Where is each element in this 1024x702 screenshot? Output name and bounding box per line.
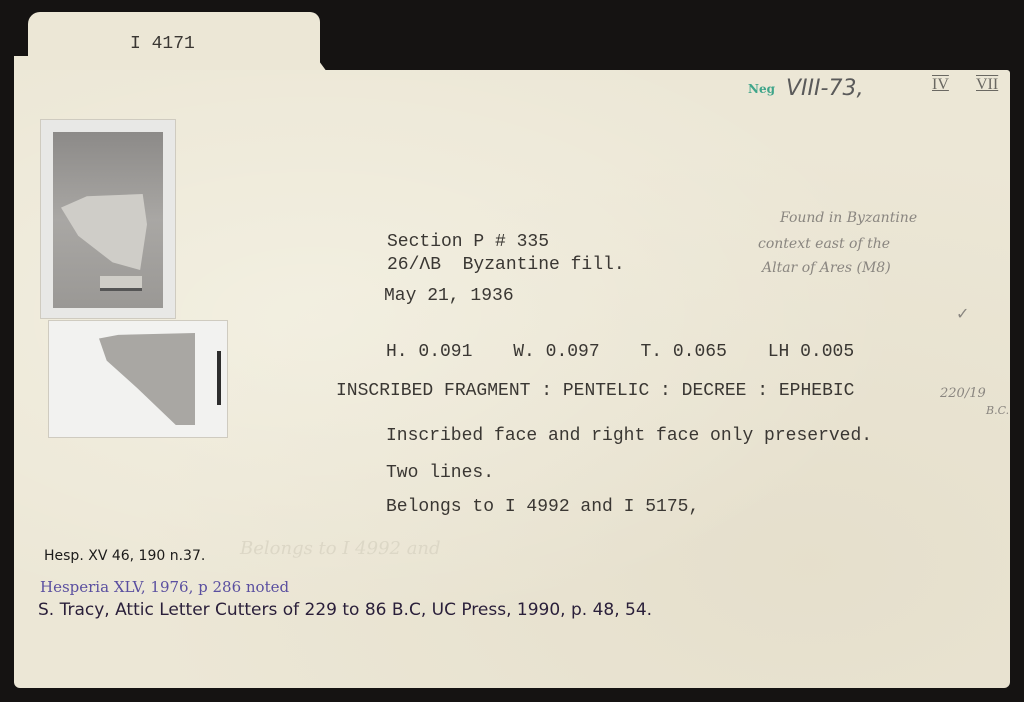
location-field: 26/ΛB Byzantine fill.	[387, 255, 625, 275]
scale-bar	[217, 351, 221, 405]
height-value: H. 0.091	[386, 342, 472, 362]
fragment-image	[61, 194, 147, 270]
scale-block	[100, 276, 142, 291]
roman-numeral: VII	[976, 76, 998, 94]
inventory-number: I 4171	[130, 34, 195, 54]
roman-numeral: IV	[932, 76, 949, 94]
fragment-photo-front	[40, 119, 176, 319]
reference-line: S. Tracy, Attic Letter Cutters of 229 to…	[38, 600, 652, 620]
preservation-note: Inscribed face and right face only prese…	[386, 426, 872, 446]
letter-height-value: LH 0.005	[768, 342, 854, 362]
pencil-note-line: Found in Byzantine	[780, 210, 917, 226]
lines-note: Two lines.	[386, 463, 494, 483]
photo-background	[53, 132, 163, 308]
width-value: W. 0.097	[513, 342, 599, 362]
check-mark-icon: ✓	[956, 304, 969, 324]
reference-line: Hesp. XV 46, 190 n.37.	[44, 548, 205, 564]
date-note-era: B.C.	[986, 404, 1009, 417]
negative-stamp: Neg	[748, 82, 775, 96]
section-field: Section P # 335	[387, 232, 549, 252]
reference-line: Hesperia XLV, 1976, p 286 noted	[40, 578, 289, 596]
description-field: INSCRIBED FRAGMENT : PENTELIC : DECREE :…	[336, 381, 854, 401]
negative-number: VIII-73,	[786, 76, 863, 101]
fragment-photo-face	[48, 320, 228, 438]
fragment-image	[99, 333, 195, 425]
belongs-to-note: Belongs to I 4992 and I 5175,	[386, 497, 699, 517]
date-note: 220/19	[940, 386, 986, 401]
date-field: May 21, 1936	[384, 286, 514, 306]
erased-note: Belongs to I 4992 and	[240, 538, 441, 559]
pencil-note-line: context east of the	[758, 236, 890, 252]
thickness-value: T. 0.065	[640, 342, 726, 362]
pencil-note-line: Altar of Ares (M8)	[762, 260, 891, 276]
dimensions-row: H. 0.091 W. 0.097 T. 0.065 LH 0.005	[386, 342, 884, 362]
